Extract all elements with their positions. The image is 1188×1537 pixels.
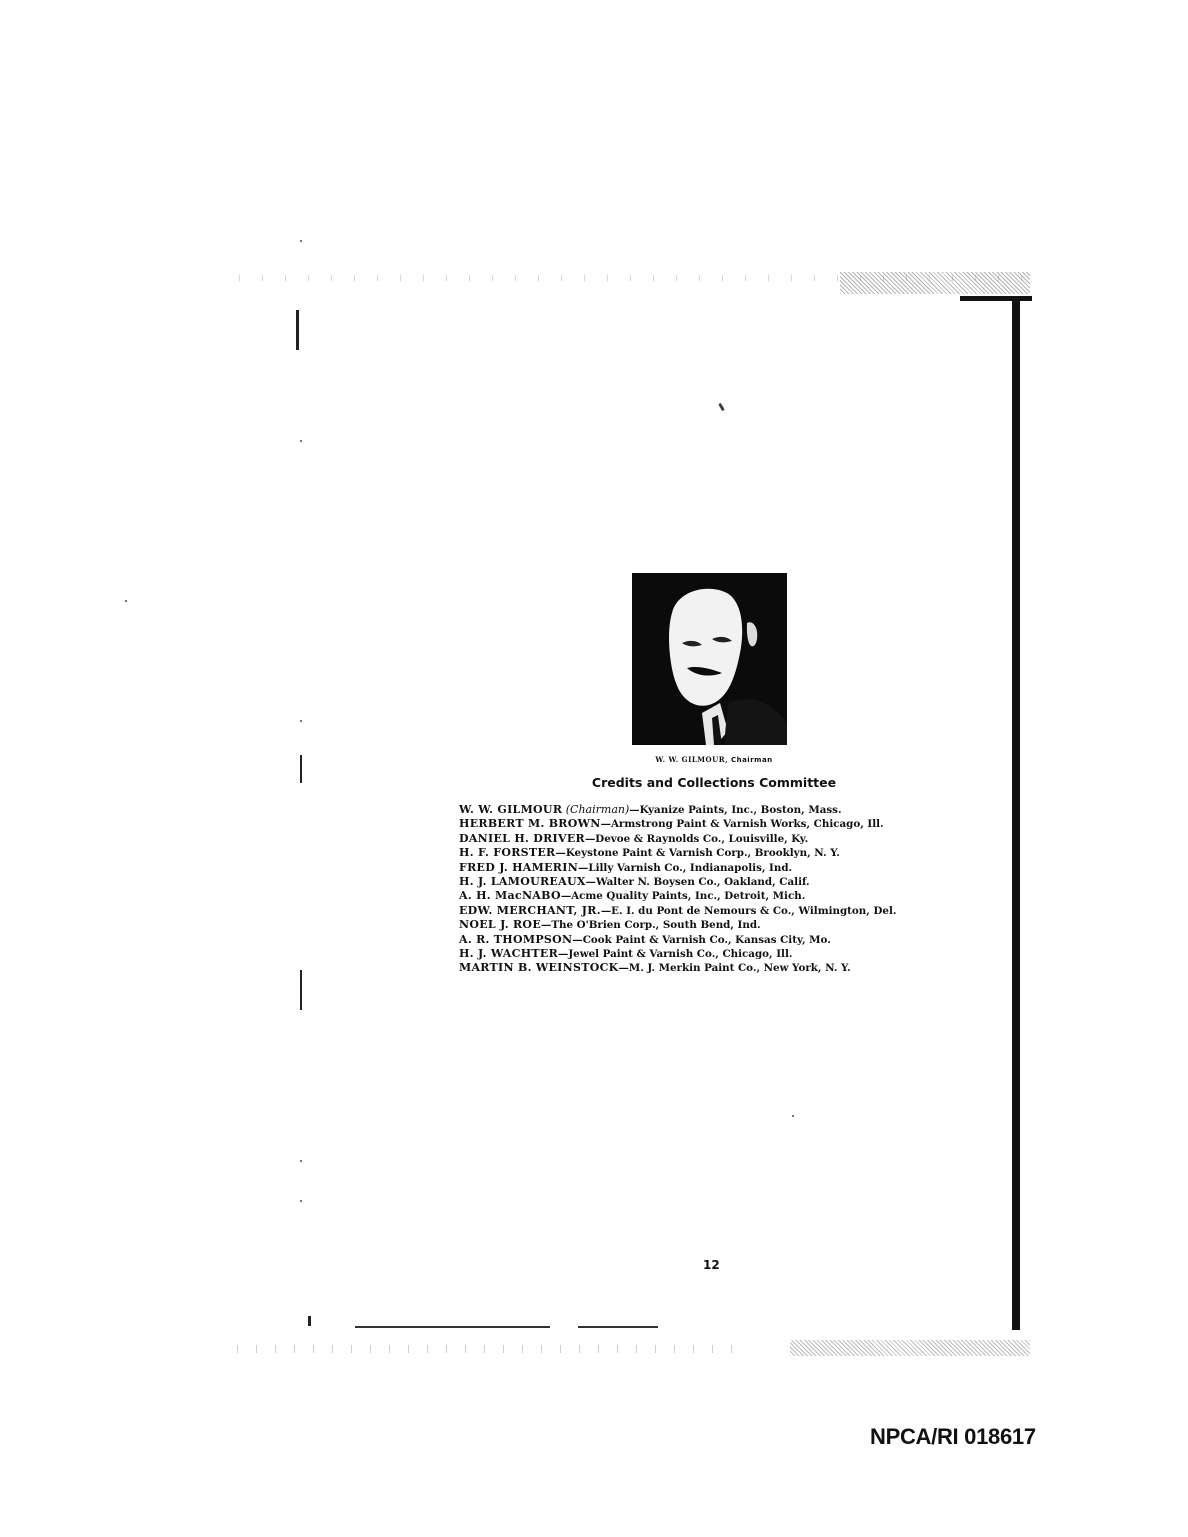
- page-border-right: [1012, 300, 1020, 1330]
- scan-speck: [300, 440, 302, 442]
- member-row: H. J. WACHTER—Jewel Paint & Varnish Co.,…: [459, 947, 896, 961]
- member-name: W. W. GILMOUR: [459, 803, 562, 816]
- member-firm: —M. J. Merkin Paint Co., New York, N. Y.: [619, 962, 851, 974]
- scan-speck: [718, 403, 725, 411]
- scan-speck: [125, 600, 127, 602]
- member-row: A. R. THOMPSON—Cook Paint & Varnish Co.,…: [459, 933, 896, 947]
- scan-speck: [300, 720, 302, 722]
- page-border-top: [960, 296, 1032, 301]
- member-firm: —Keystone Paint & Varnish Corp., Brookly…: [556, 847, 840, 859]
- member-firm: —Lilly Varnish Co., Indianapolis, Ind.: [578, 862, 792, 874]
- member-name: H. J. WACHTER: [459, 947, 558, 960]
- member-row: H. J. LAMOUREAUX—Walter N. Boysen Co., O…: [459, 875, 896, 889]
- member-firm: —Devoe & Raynolds Co., Louisville, Ky.: [585, 833, 808, 845]
- member-name: MARTIN B. WEINSTOCK: [459, 961, 619, 974]
- member-name: NOEL J. ROE: [459, 918, 541, 931]
- member-row: HERBERT M. BROWN—Armstrong Paint & Varni…: [459, 817, 896, 831]
- bates-number: NPCA/RI 018617: [870, 1424, 1036, 1450]
- scan-speck: [300, 1160, 302, 1162]
- member-name: H. F. FORSTER: [459, 846, 556, 859]
- member-firm: —Jewel Paint & Varnish Co., Chicago, Ill…: [558, 948, 792, 960]
- page-number: 12: [703, 1258, 720, 1272]
- member-name: A. R. THOMPSON: [459, 933, 572, 946]
- portrait-image: [632, 573, 787, 745]
- member-row: FRED J. HAMERIN—Lilly Varnish Co., India…: [459, 861, 896, 875]
- member-row: W. W. GILMOUR (Chairman)—Kyanize Paints,…: [459, 803, 896, 817]
- scan-speck: [300, 1200, 302, 1202]
- binding-mark: [308, 1316, 311, 1326]
- binding-mark: [296, 310, 299, 350]
- scan-noise-bottom: [230, 1345, 750, 1353]
- member-firm: —Walter N. Boysen Co., Oakland, Calif.: [586, 876, 810, 888]
- bottom-rule-left: [355, 1326, 550, 1328]
- member-name: FRED J. HAMERIN: [459, 861, 578, 874]
- member-firm: —E. I. du Pont de Nemours & Co., Wilming…: [601, 905, 897, 917]
- member-name: EDW. MERCHANT, JR.: [459, 904, 601, 917]
- member-role: (Chairman): [566, 803, 630, 816]
- bottom-rule-right: [578, 1326, 658, 1328]
- member-name: H. J. LAMOUREAUX: [459, 875, 586, 888]
- scan-speck: [300, 240, 302, 242]
- member-row: A. H. MacNABO—Acme Quality Paints, Inc.,…: [459, 889, 896, 903]
- member-firm: —The O'Brien Corp., South Bend, Ind.: [541, 919, 761, 931]
- chairman-portrait-photo: [632, 573, 787, 745]
- photo-caption: W. W. GILMOUR, Chairman: [0, 755, 1188, 764]
- scan-speck: [792, 1115, 794, 1117]
- member-name: HERBERT M. BROWN: [459, 817, 601, 830]
- committee-member-list: W. W. GILMOUR (Chairman)—Kyanize Paints,…: [459, 803, 896, 976]
- caption-name: W. W. GILMOUR,: [655, 755, 728, 764]
- member-row: MARTIN B. WEINSTOCK—M. J. Merkin Paint C…: [459, 961, 896, 975]
- scan-smudge-top: [840, 272, 1030, 294]
- member-firm: —Armstrong Paint & Varnish Works, Chicag…: [601, 818, 884, 830]
- member-firm: —Cook Paint & Varnish Co., Kansas City, …: [572, 934, 830, 946]
- committee-heading: Credits and Collections Committee: [0, 775, 1188, 790]
- member-firm: —Kyanize Paints, Inc., Boston, Mass.: [629, 804, 841, 816]
- member-row: EDW. MERCHANT, JR.—E. I. du Pont de Nemo…: [459, 904, 896, 918]
- member-name: DANIEL H. DRIVER: [459, 832, 585, 845]
- member-row: DANIEL H. DRIVER—Devoe & Raynolds Co., L…: [459, 832, 896, 846]
- member-name: A. H. MacNABO: [459, 889, 561, 902]
- member-row: NOEL J. ROE—The O'Brien Corp., South Ben…: [459, 918, 896, 932]
- caption-role: Chairman: [731, 756, 773, 764]
- member-firm: —Acme Quality Paints, Inc., Detroit, Mic…: [561, 890, 805, 902]
- binding-mark: [300, 970, 302, 1010]
- member-row: H. F. FORSTER—Keystone Paint & Varnish C…: [459, 846, 896, 860]
- scan-smudge-bottom: [790, 1340, 1030, 1356]
